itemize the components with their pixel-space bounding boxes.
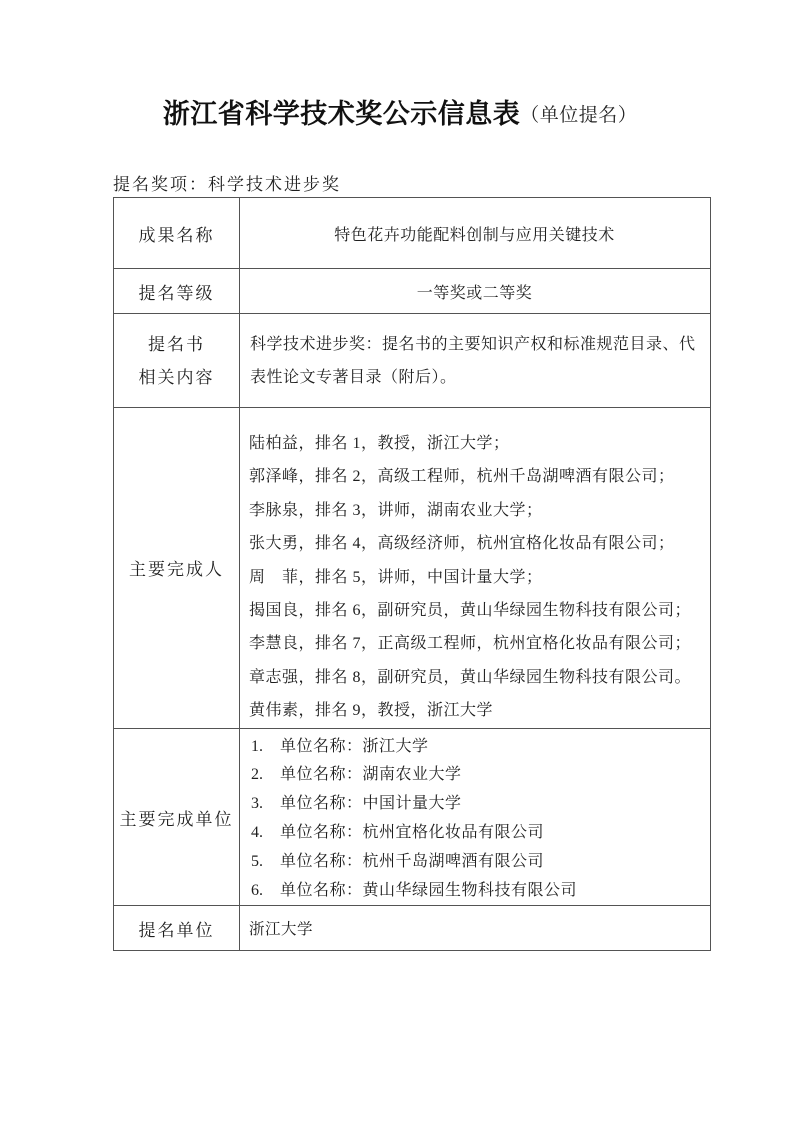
- nominating-unit-label: 提名单位: [114, 906, 240, 951]
- unit-number: 4.: [251, 819, 268, 848]
- title-main-text: 浙江省科学技术奖公示信息表: [163, 99, 521, 129]
- nomination-book-label: 提名书 相关内容: [114, 314, 240, 408]
- completer-line: 郭泽峰，排名 2，高级工程师，杭州千岛湖啤酒有限公司；: [249, 460, 702, 493]
- title-paren-text: （单位提名）: [520, 105, 637, 126]
- award-type-line: 提名奖项：科学技术进步奖: [113, 170, 341, 195]
- result-name-label: 成果名称: [114, 198, 240, 269]
- row-result-name: 成果名称 特色花卉功能配料创制与应用关键技术: [114, 198, 711, 269]
- nomination-grade-label: 提名等级: [114, 269, 240, 314]
- unit-item: 6.单位名称：黄山华绿园生物科技有限公司: [251, 877, 702, 906]
- completer-line: 李脉泉，排名 3，讲师，湖南农业大学；: [249, 494, 702, 527]
- unit-name: 单位名称：中国计量大学: [280, 795, 462, 812]
- main-units-value: 1.单位名称：浙江大学 2.单位名称：湖南农业大学 3.单位名称：中国计量大学 …: [240, 728, 711, 906]
- unit-item: 5.单位名称：杭州千岛湖啤酒有限公司: [251, 848, 702, 877]
- completer-line: 李慧良，排名 7，正高级工程师，杭州宜格化妆品有限公司；: [249, 627, 702, 660]
- completer-line: 章志强，排名 8，副研究员，黄山华绿园生物科技有限公司。: [249, 661, 702, 694]
- unit-number: 5.: [251, 848, 268, 877]
- nominating-unit-value: 浙江大学: [240, 906, 711, 951]
- award-type-label: 提名奖项：: [113, 175, 208, 194]
- nomination-book-label-line1: 提名书: [116, 328, 237, 361]
- unit-item: 4.单位名称：杭州宜格化妆品有限公司: [251, 819, 702, 848]
- main-completers-label: 主要完成人: [114, 408, 240, 729]
- unit-name: 单位名称：湖南农业大学: [280, 766, 462, 783]
- unit-number: 6.: [251, 877, 268, 906]
- nomination-book-value: 科学技术进步奖：提名书的主要知识产权和标准规范目录、代表性论文专著目录（附后）。: [240, 314, 711, 408]
- completer-line: 陆柏益，排名 1，教授，浙江大学；: [249, 427, 702, 460]
- row-nomination-book: 提名书 相关内容 科学技术进步奖：提名书的主要知识产权和标准规范目录、代表性论文…: [114, 314, 711, 408]
- nomination-book-label-line2: 相关内容: [116, 361, 237, 394]
- main-completers-value: 陆柏益，排名 1，教授，浙江大学； 郭泽峰，排名 2，高级工程师，杭州千岛湖啤酒…: [240, 408, 711, 729]
- completer-line: 周 菲，排名 5，讲师，中国计量大学；: [249, 561, 702, 594]
- result-name-value: 特色花卉功能配料创制与应用关键技术: [240, 198, 711, 269]
- document-page: 浙江省科学技术奖公示信息表（单位提名） 提名奖项：科学技术进步奖 成果名称 特色…: [0, 0, 800, 1131]
- unit-number: 3.: [251, 790, 268, 819]
- unit-item: 3.单位名称：中国计量大学: [251, 790, 702, 819]
- row-nominating-unit: 提名单位 浙江大学: [114, 906, 711, 951]
- unit-name: 单位名称：杭州宜格化妆品有限公司: [280, 824, 544, 841]
- completer-line: 黄伟素，排名 9，教授，浙江大学: [249, 694, 702, 727]
- row-main-completers: 主要完成人 陆柏益，排名 1，教授，浙江大学； 郭泽峰，排名 2，高级工程师，杭…: [114, 408, 711, 729]
- unit-item: 1.单位名称：浙江大学: [251, 733, 702, 762]
- unit-number: 2.: [251, 761, 268, 790]
- completer-line: 张大勇，排名 4，高级经济师，杭州宜格化妆品有限公司；: [249, 527, 702, 560]
- unit-name: 单位名称：浙江大学: [280, 738, 429, 755]
- unit-number: 1.: [251, 733, 268, 762]
- unit-item: 2.单位名称：湖南农业大学: [251, 761, 702, 790]
- unit-name: 单位名称：杭州千岛湖啤酒有限公司: [280, 853, 544, 870]
- award-type-value: 科学技术进步奖: [208, 175, 341, 194]
- main-units-label: 主要完成单位: [114, 728, 240, 906]
- nomination-grade-value: 一等奖或二等奖: [240, 269, 711, 314]
- info-table: 成果名称 特色花卉功能配料创制与应用关键技术 提名等级 一等奖或二等奖 提名书 …: [113, 197, 711, 951]
- row-nomination-grade: 提名等级 一等奖或二等奖: [114, 269, 711, 314]
- completer-line: 揭国良，排名 6，副研究员，黄山华绿园生物科技有限公司；: [249, 594, 702, 627]
- row-main-units: 主要完成单位 1.单位名称：浙江大学 2.单位名称：湖南农业大学 3.单位名称：…: [114, 728, 711, 906]
- unit-name: 单位名称：黄山华绿园生物科技有限公司: [280, 882, 577, 899]
- page-title: 浙江省科学技术奖公示信息表（单位提名）: [0, 92, 800, 131]
